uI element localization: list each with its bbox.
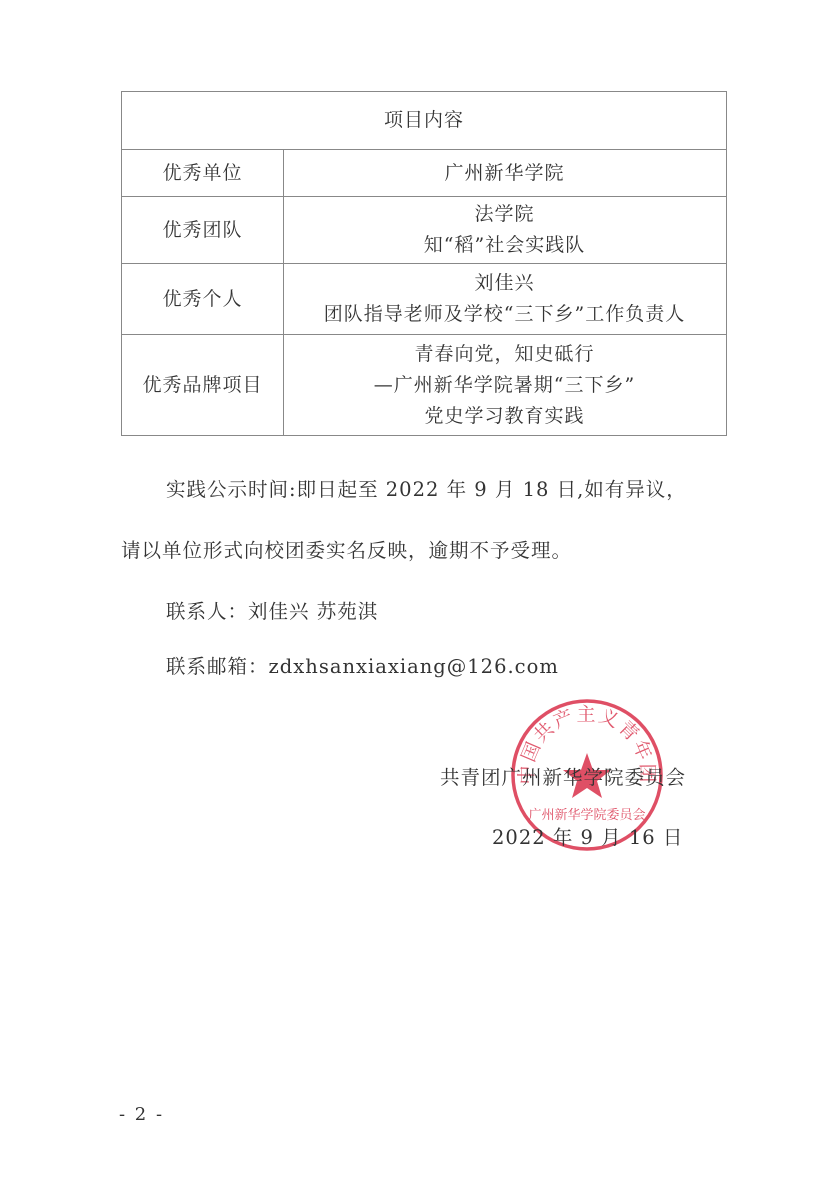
content-line: 知“稻”社会实践队	[424, 230, 585, 261]
content-line: 青春向党，知史砥行	[414, 339, 594, 370]
table-row: 优秀单位 广州新华学院	[122, 149, 726, 196]
table-header: 项目内容	[122, 92, 726, 149]
signature-organization: 共青团广州新华学院委员会	[440, 762, 686, 790]
content-line: 广州新华学院	[444, 158, 564, 189]
svg-text:广州新华学院委员会: 广州新华学院委员会	[528, 807, 645, 823]
content-cell: 刘佳兴 团队指导老师及学校“三下乡”工作负责人	[283, 264, 726, 334]
category-cell: 优秀个人	[122, 264, 284, 334]
page-number: - 2 -	[119, 1104, 164, 1125]
signature-date: 2022 年 9 月 16 日	[492, 822, 683, 850]
category-cell: 优秀单位	[122, 150, 284, 196]
table-row: 优秀团队 法学院 知“稻”社会实践队	[122, 196, 726, 263]
contact-email: 联系邮箱：zdxhsanxiaxiang@126.com	[166, 651, 559, 679]
content-cell: 青春向党，知史砥行 —广州新华学院暑期“三下乡” 党史学习教育实践	[283, 335, 726, 435]
table-row: 优秀品牌项目 青春向党，知史砥行 —广州新华学院暑期“三下乡” 党史学习教育实践	[122, 334, 726, 435]
notice-line-2: 请以单位形式向校团委实名反映，逾期不予受理。	[121, 535, 572, 563]
table-header-row: 项目内容	[122, 92, 726, 149]
content-line: 党史学习教育实践	[424, 401, 584, 432]
awards-table: 项目内容 优秀单位 广州新华学院 优秀团队 法学院 知“稻”社会实践队 优秀个人…	[121, 91, 727, 436]
content-line: —广州新华学院暑期“三下乡”	[374, 370, 635, 401]
table-row: 优秀个人 刘佳兴 团队指导老师及学校“三下乡”工作负责人	[122, 263, 726, 334]
content-cell: 广州新华学院	[283, 150, 726, 196]
category-cell: 优秀品牌项目	[122, 335, 284, 435]
content-line: 刘佳兴	[474, 268, 534, 299]
content-cell: 法学院 知“稻”社会实践队	[283, 197, 726, 263]
content-line: 团队指导老师及学校“三下乡”工作负责人	[324, 299, 685, 330]
notice-line-1: 实践公示时间:即日起至 2022 年 9 月 18 日,如有异议，	[166, 474, 687, 502]
contact-persons: 联系人：刘佳兴 苏苑淇	[166, 596, 378, 624]
content-line: 法学院	[474, 199, 534, 230]
category-cell: 优秀团队	[122, 197, 284, 263]
